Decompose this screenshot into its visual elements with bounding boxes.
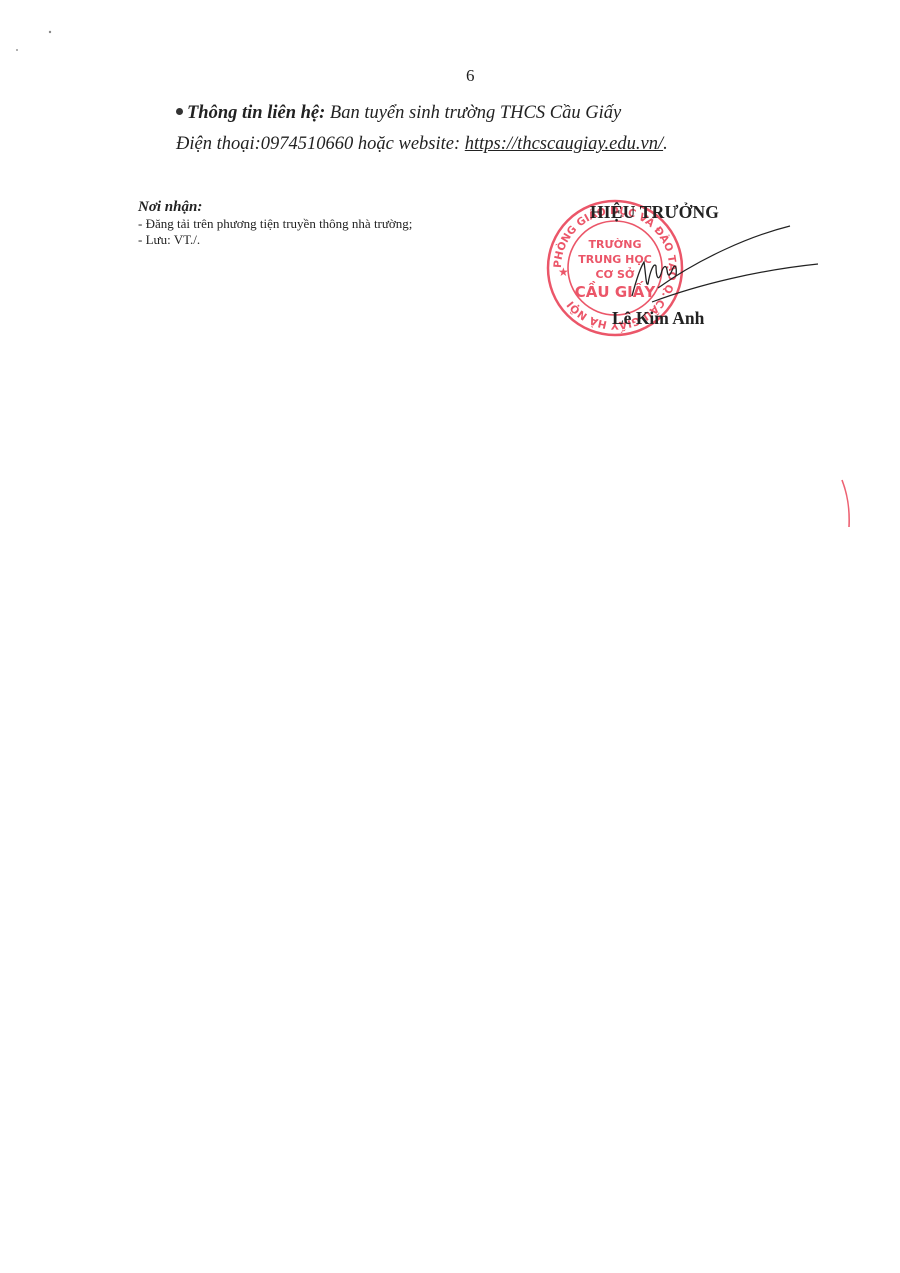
contact-text: Ban tuyển sinh trường THCS Cầu Giấy xyxy=(330,103,621,123)
red-ink-mark xyxy=(838,475,858,535)
recipients-title: Nơi nhận: xyxy=(138,199,412,215)
contact-line-1: Thông tin liên hệ: Ban tuyển sinh trường… xyxy=(176,98,668,129)
recipient-item: - Đăng tải trên phương tiện truyền thông… xyxy=(138,216,412,232)
recipient-item: - Lưu: VT./. xyxy=(138,232,412,248)
contact-info: Thông tin liên hệ: Ban tuyển sinh trường… xyxy=(176,98,668,160)
bullet-icon xyxy=(176,108,183,115)
scan-specks xyxy=(0,0,80,60)
website-link[interactable]: https://thcscaugiay.edu.vn/ xyxy=(465,134,663,154)
signer-name: Lê Kim Anh xyxy=(612,308,704,329)
recipients-block: Nơi nhận: - Đăng tải trên phương tiện tr… xyxy=(138,199,412,248)
contact-suffix: . xyxy=(663,134,668,154)
contact-label: Thông tin liên hệ: xyxy=(187,103,325,123)
page-number: 6 xyxy=(466,66,475,86)
contact-line-2: Điện thoại:0974510660 hoặc website: http… xyxy=(176,129,668,160)
signature-block: PHÒNG GIÁO DỤC VÀ ĐÀO TẠO Q. CẦU GIẤY HÀ… xyxy=(540,196,840,346)
contact-phone: Điện thoại:0974510660 hoặc website: xyxy=(176,134,465,154)
